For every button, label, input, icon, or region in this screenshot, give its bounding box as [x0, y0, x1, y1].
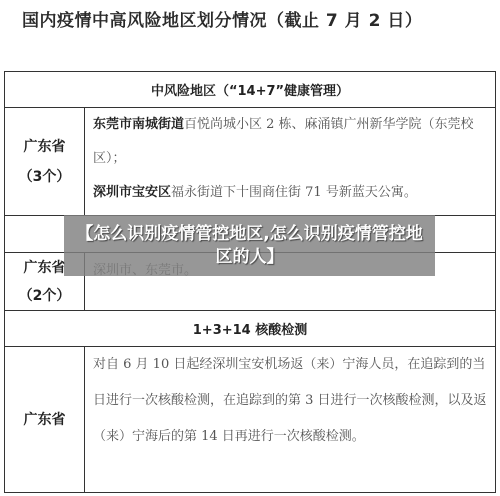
caption-text: 【怎么识别疫情管控地区,怎么识别疫情管控地区的人】 — [72, 223, 427, 269]
section-header-text: 1+3+14 核酸检测 — [193, 319, 308, 338]
section-header-medium-risk: 中风险地区（“14+7”健康管理） — [5, 72, 495, 108]
risk-area-table: 中风险地区（“14+7”健康管理） 广东省（3个） 东莞市南城街道百悦尚城小区 … — [4, 71, 496, 493]
area-district-bold: 东莞市南城街道 — [93, 117, 184, 132]
table-row: 广东省（3个） 东莞市南城街道百悦尚城小区 2 栋、麻涌镇广州新华学院（东莞校区… — [5, 108, 495, 216]
province-label: 广东省（3个） — [13, 132, 77, 192]
test-detail-text: 对自 6 月 10 日起经深圳宝安机场返（来）宁海人员，在追踪到的当日进行一次核… — [93, 357, 487, 444]
area-detail-text: 福永街道下十围商住街 71 号新蓝天公寓。 — [171, 185, 417, 200]
area-detail-cell: 东莞市南城街道百悦尚城小区 2 栋、麻涌镇广州新华学院（东莞校区）； 深圳市宝安… — [85, 108, 495, 215]
page-title: 国内疫情中高风险地区划分情况（截止 7 月 2 日） — [22, 6, 422, 31]
province-cell: 广东省 — [5, 347, 85, 492]
caption-overlay: 【怎么识别疫情管控地区,怎么识别疫情管控地区的人】 — [64, 215, 435, 276]
province-label: 广东省 — [24, 405, 66, 435]
province-cell: 广东省（3个） — [5, 108, 85, 215]
table-row: 广东省 对自 6 月 10 日起经深圳宝安机场返（来）宁海人员，在追踪到的当日进… — [5, 347, 495, 492]
test-detail-cell: 对自 6 月 10 日起经深圳宝安机场返（来）宁海人员，在追踪到的当日进行一次核… — [85, 347, 495, 492]
section-header-nucleic-test: 1+3+14 核酸检测 — [5, 311, 495, 347]
section-header-text: 中风险地区（“14+7”健康管理） — [151, 80, 349, 99]
area-district-bold: 深圳市宝安区 — [93, 185, 171, 200]
